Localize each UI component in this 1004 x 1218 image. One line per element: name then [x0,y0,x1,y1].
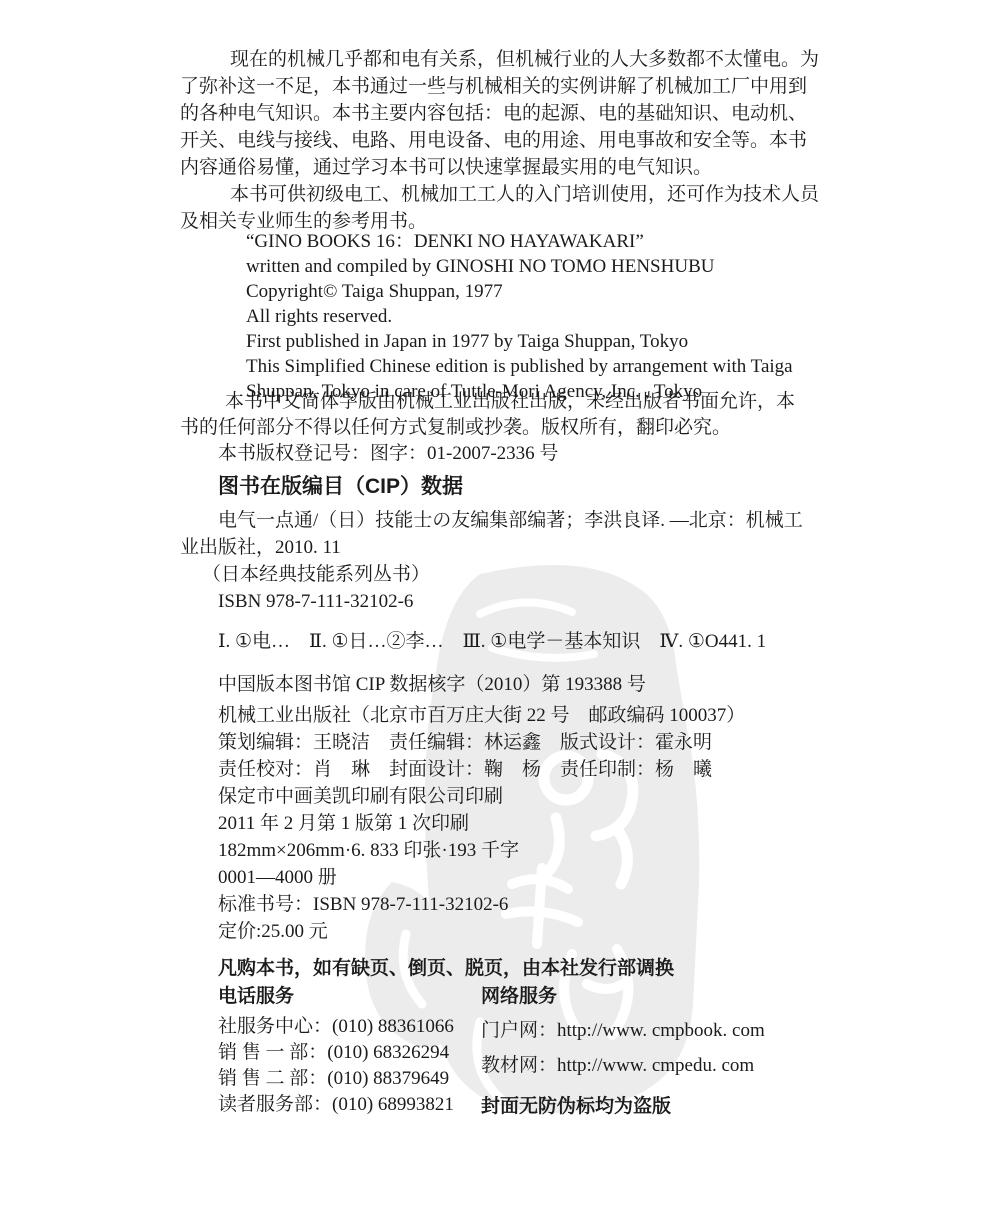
format-line: 182mm×206mm·6. 833 印张·193 千字 [218,837,828,864]
book-copyright-page: 现在的机械几乎都和电有关系，但机械行业的人大多数都不太懂电。为 了弥补这一不足，… [0,0,1004,1218]
print-run-line: 0001—4000 册 [218,864,828,891]
publication-info: 机械工业出版社（北京市百万庄大街 22 号 邮政编码 100037） 策划编辑：… [218,702,828,945]
intro-line: 现在的机械几乎都和电有关系，但机械行业的人大多数都不太懂电。为 [180,46,828,73]
copyright-line: 本书中文简体字版由机械工业出版社出版，未经出版者书面允许，本 [180,389,828,415]
edition-line: 2011 年 2 月第 1 版第 1 次印刷 [218,810,828,837]
phone-service-item: 销 售 二 部：(010) 88379649 [218,1066,454,1092]
network-service-item: 门户网：http://www. cmpbook. com [481,1019,765,1043]
copyright-line: 本书版权登记号：图字：01-2007-2336 号 [180,441,828,467]
english-copyright-block: “GINO BOOKS 16：DENKI NO HAYAWAKARI” writ… [246,229,826,404]
phone-service-item: 读者服务部：(010) 68993821 [218,1092,454,1118]
english-copyright-line: This Simplified Chinese edition is publi… [246,354,826,379]
phone-service-item: 社服务中心：(010) 88361066 [218,1014,454,1040]
price-line: 定价:25.00 元 [218,918,828,945]
anti-piracy-notice: 封面无防伪标均为盗版 [481,1091,765,1118]
cip-record-line: 业出版社，2010. 11 [180,534,828,561]
intro-line: 内容通俗易懂，通过学习本书可以快速掌握最实用的电气知识。 [180,154,828,181]
publisher-address-line: 机械工业出版社（北京市百万庄大街 22 号 邮政编码 100037） [218,702,828,729]
isbn-line: 标准书号：ISBN 978-7-111-32102-6 [218,891,828,918]
english-copyright-line: All rights reserved. [246,304,826,329]
cip-classification-line: Ⅰ. ①电… Ⅱ. ①日…②李… Ⅲ. ①电学－基本知识 Ⅳ. ①O441. 1 [218,626,766,653]
editors-line: 策划编辑：王晓洁 责任编辑：林运鑫 版式设计：霍永明 [218,729,828,756]
intro-line: 了弥补这一不足，本书通过一些与机械相关的实例讲解了机械加工厂中用到 [180,73,828,100]
copyright-line: 书的任何部分不得以任何方式复制或抄袭。版权所有，翻印必究。 [180,415,828,441]
cip-heading: 图书在版编目（CIP）数据 [218,470,463,500]
cip-record-line: ISBN 978-7-111-32102-6 [180,588,828,615]
phone-service-item: 销 售 一 部：(010) 68326294 [218,1040,454,1066]
intro-paragraphs: 现在的机械几乎都和电有关系，但机械行业的人大多数都不太懂电。为 了弥补这一不足，… [180,46,828,235]
purchase-notice: 凡购本书，如有缺页、倒页、脱页，由本社发行部调换 [218,953,674,980]
cip-registration-line: 中国版本图书馆 CIP 数据核字（2010）第 193388 号 [218,669,646,696]
intro-line: 本书可供初级电工、机械加工工人的入门培训使用，还可作为技术人员 [180,181,828,208]
cip-record: 电气一点通/（日）技能士の友编集部编著；李洪良译. —北京：机械工 业出版社，2… [180,507,828,615]
english-copyright-line: “GINO BOOKS 16：DENKI NO HAYAWAKARI” [246,229,826,254]
network-service-column: 网络服务 门户网：http://www. cmpbook. com 教材网：ht… [481,981,765,1118]
intro-line: 的各种电气知识。本书主要内容包括：电的起源、电的基础知识、电动机、 [180,100,828,127]
cip-record-line: （日本经典技能系列丛书） [180,561,828,588]
phone-service-column: 电话服务 社服务中心：(010) 88361066 销 售 一 部：(010) … [218,981,454,1118]
cip-record-line: 电气一点通/（日）技能士の友编集部编著；李洪良译. —北京：机械工 [180,507,828,534]
printer-line: 保定市中画美凯印刷有限公司印刷 [218,783,828,810]
network-service-heading: 网络服务 [481,981,765,1008]
english-copyright-line: written and compiled by GINOSHI NO TOMO … [246,254,826,279]
chinese-copyright-notice: 本书中文简体字版由机械工业出版社出版，未经出版者书面允许，本 书的任何部分不得以… [180,389,828,467]
english-copyright-line: First published in Japan in 1977 by Taig… [246,329,826,354]
intro-line: 开关、电线与接线、电路、用电设备、电的用途、用电事故和安全等。本书 [180,127,828,154]
english-copyright-line: Copyright© Taiga Shuppan, 1977 [246,279,826,304]
phone-service-heading: 电话服务 [218,981,454,1008]
network-service-item: 教材网：http://www. cmpedu. com [481,1054,765,1078]
design-staff-line: 责任校对：肖 琳 封面设计：鞠 杨 责任印制：杨 曦 [218,756,828,783]
